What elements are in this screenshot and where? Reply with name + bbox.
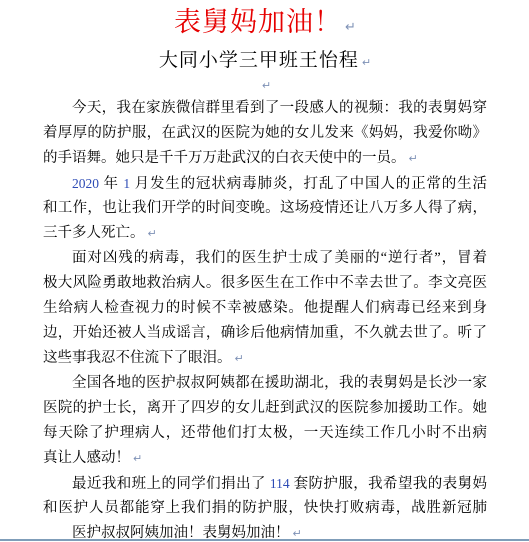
essay-line: 着厚厚的防护服，在武汉的医院为她的女儿发来《妈妈，我爱你呦》: [43, 121, 487, 146]
essay-body: 今天，我在家族微信群里看到了一段感人的视频：我的表舅妈穿 着厚厚的防护服，在武汉…: [43, 96, 487, 542]
paragraph-mark-icon: ↵: [345, 20, 356, 35]
essay-line: 这些事我忍不住流下了眼泪。↵: [43, 346, 487, 371]
essay-line: 三千多人死亡。↵: [43, 221, 487, 246]
paragraph-mark-icon: ↵: [235, 352, 244, 365]
essay-byline: 大同小学三甲班王怡程: [159, 50, 359, 71]
empty-paragraph: ↵: [43, 75, 487, 94]
essay-line: 最近我和班上的同学们捐出了 114 套防护服，我希望我的表舅妈: [43, 471, 487, 496]
essay-line: 和工作，也让我们开学的时间变晚。这场疫情还让八万多人得了病，: [43, 196, 487, 221]
essay-line: 和医护人员都能穿上我们捐的防护服，快快打败病毒，战胜新冠肺炎。↵: [43, 496, 487, 521]
paragraph-mark-icon: ↵: [409, 152, 418, 165]
essay-line: 面对凶残的病毒，我们的医生护士成了美丽的“逆行者”，冒着: [43, 246, 487, 271]
year-number: 2020: [72, 176, 99, 191]
essay-line: 生给病人检查视力的时候不幸被感染。他提醒人们病毒已经来到身: [43, 296, 487, 321]
paragraph-mark-icon: ↵: [133, 452, 142, 465]
essay-line: 极大风险勇敢地救治病人。很多医生在工作中不幸去世了。李文亮医: [43, 271, 487, 296]
byline-line: 大同小学三甲班王怡程↵: [43, 48, 487, 75]
essay-title: 表舅妈加油！: [174, 7, 342, 37]
title-line: 表舅妈加油！↵: [43, 4, 487, 46]
paragraph-mark-icon: ↵: [262, 79, 271, 92]
essay-line: 的手语舞。她只是千千万万赴武汉的白衣天使中的一员。↵: [43, 146, 487, 171]
essay-line: 真让人感动！↵: [43, 446, 487, 471]
donation-count-number: 114: [270, 476, 290, 491]
essay-line: 2020 年 1 月发生的冠状病毒肺炎，打乱了中国人的正常的生活: [43, 171, 487, 196]
paragraph-mark-icon: ↵: [148, 227, 157, 240]
essay-line: 今天，我在家族微信群里看到了一段感人的视频：我的表舅妈穿: [43, 96, 487, 121]
essay-line: 医院的护士长，离开了四岁的女儿赶到武汉的医院参加援助工作。她: [43, 396, 487, 421]
document-text-area[interactable]: 表舅妈加油！↵ 大同小学三甲班王怡程↵ ↵ 今天，我在家族微信群里看到了一段感人…: [0, 0, 529, 542]
paragraph-mark-icon: ↵: [362, 56, 371, 69]
essay-line: 每天除了护理病人，还带他们打太极，一天连续工作几小时不出病房。: [43, 421, 487, 446]
window-bottom-edge: [0, 539, 529, 541]
essay-line: 全国各地的医护叔叔阿姨都在援助湖北，我的表舅妈是长沙一家: [43, 371, 487, 396]
document-page: 表舅妈加油！↵ 大同小学三甲班王怡程↵ ↵ 今天，我在家族微信群里看到了一段感人…: [0, 0, 529, 542]
essay-line: 边，开始还被人当成谣言，确诊后他病情加重，不久就去世了。听了: [43, 321, 487, 346]
